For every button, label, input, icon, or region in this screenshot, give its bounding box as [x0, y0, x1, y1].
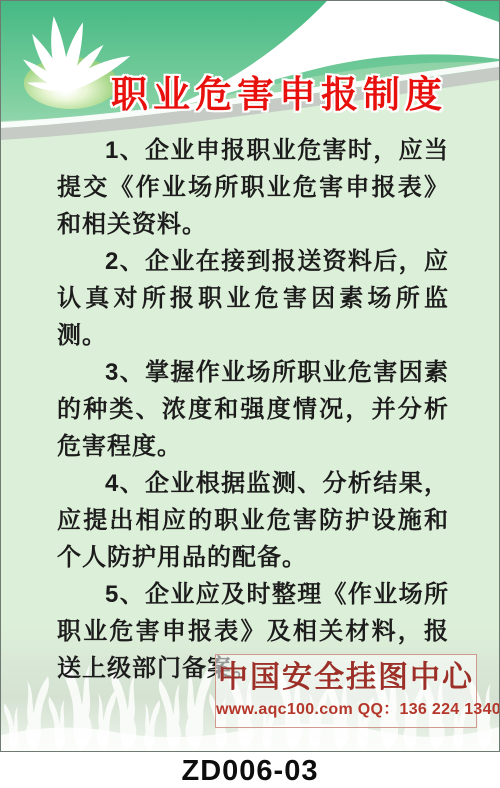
policy-item-1: 1、企业申报职业危害时，应当提交《作业场所职业危害申报表》和相关资料。 — [57, 132, 449, 243]
poster-code: ZD006-03 — [182, 755, 319, 787]
publisher-name: 中国安全挂图中心 — [216, 658, 476, 698]
policy-item-2: 2、企业在接到报送资料后，应认真对所报职业危害因素场所监测。 — [57, 243, 449, 354]
safety-poster-page: 职业危害申报制度 1、企业申报职业危害时，应当提交《作业场所职业危害申报表》和相… — [0, 0, 500, 788]
publisher-stamp: 中国安全挂图中心 www.aqc100.com QQ：136 224 1340 — [215, 654, 477, 728]
policy-text-block: 1、企业申报职业危害时，应当提交《作业场所职业危害申报表》和相关资料。 2、企业… — [57, 132, 449, 687]
code-strip: ZD006-03 — [0, 752, 500, 788]
publisher-contact: www.aqc100.com QQ：136 224 1340 — [216, 698, 476, 722]
page-title: 职业危害申报制度 — [111, 64, 447, 118]
policy-item-4: 4、企业根据监测、分析结果，应提出相应的职业危害防护设施和个人防护用品的配备。 — [57, 465, 449, 576]
poster-panel: 职业危害申报制度 1、企业申报职业危害时，应当提交《作业场所职业危害申报表》和相… — [0, 0, 500, 752]
policy-item-3: 3、掌握作业场所职业危害因素的种类、浓度和强度情况，并分析危害程度。 — [57, 354, 449, 465]
